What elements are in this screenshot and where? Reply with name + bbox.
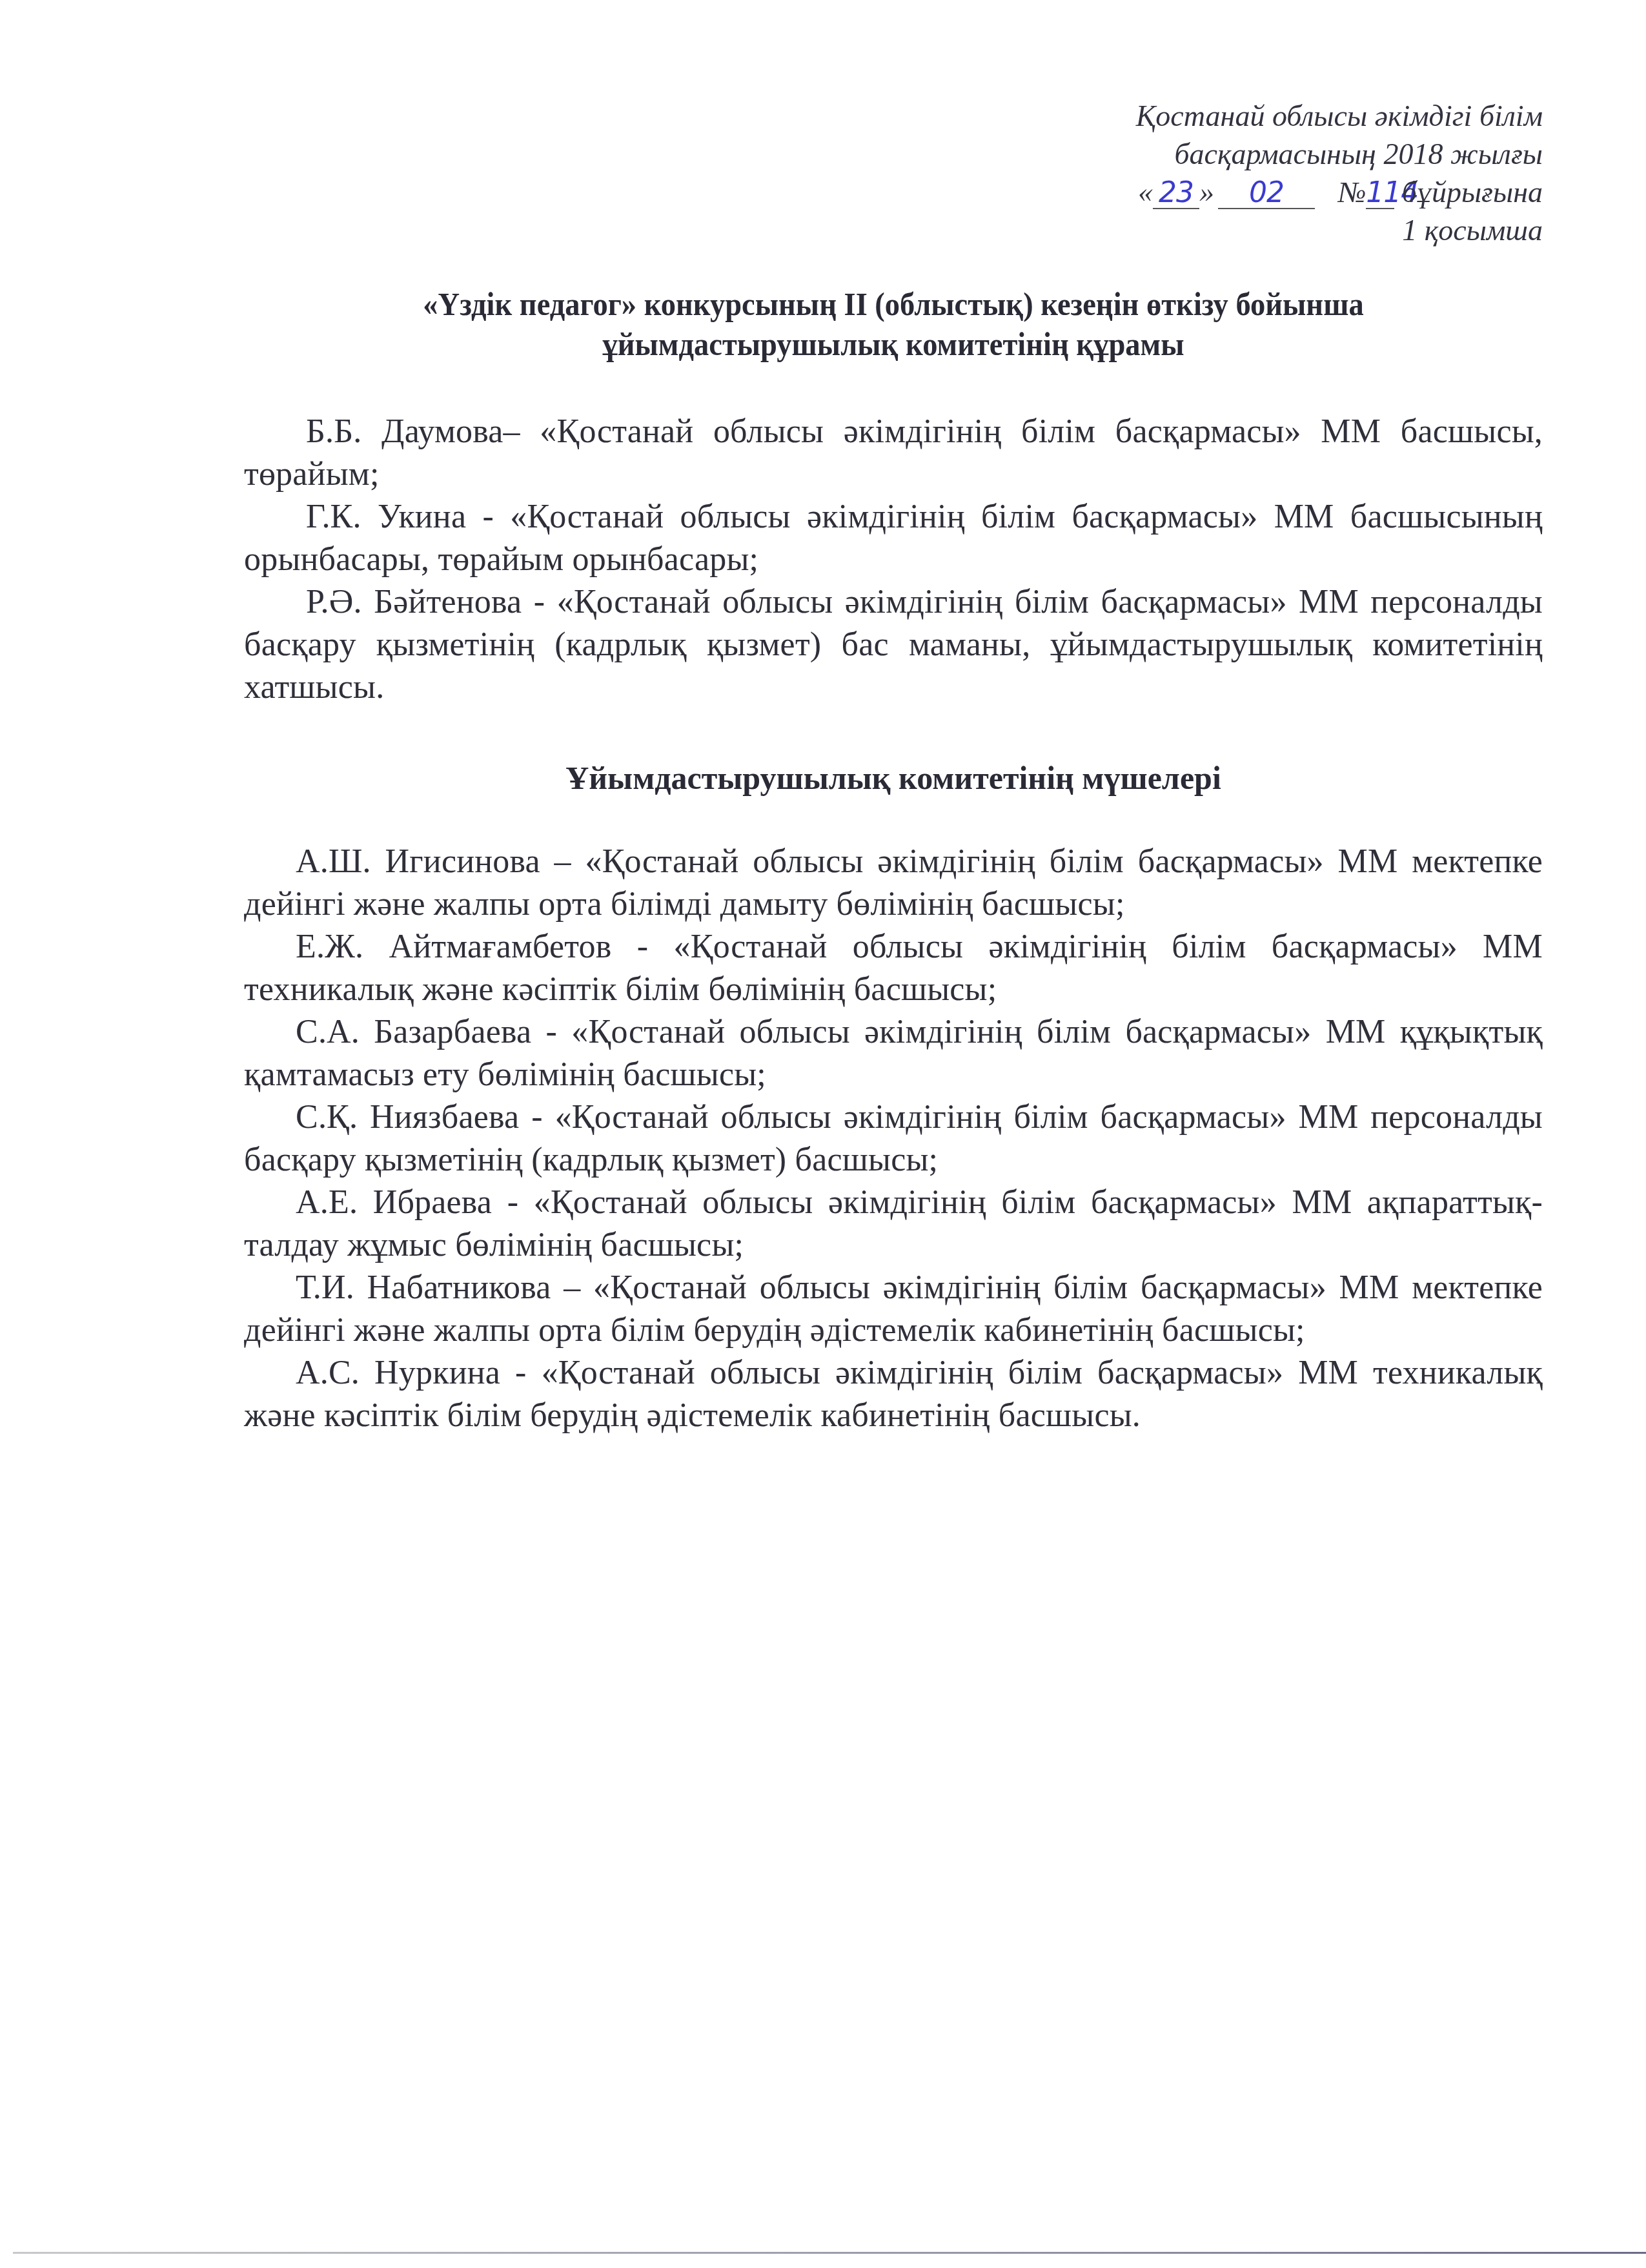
title-line-2: ұйымдастырушылық комитетінің құрамы [603, 326, 1184, 362]
document-page: Қостанай облысы әкімдігі білім басқармас… [0, 0, 1646, 2268]
document-body: «Үздік педагог» конкурсының II (облыстық… [244, 284, 1543, 1437]
order-day-handwritten: 23 [1159, 176, 1194, 209]
quote-close: » [1199, 176, 1214, 209]
leadership-list: Б.Б. Даумова– «Қостанай облысы әкімдігін… [244, 411, 1543, 709]
quote-open: « [1138, 176, 1153, 209]
member-item: А.Ш. Игисинова – «Қостанай облысы әкімді… [244, 841, 1543, 926]
order-number-field: 114 [1366, 178, 1394, 209]
member-item: С.А. Базарбаева - «Қостанай облысы әкімд… [244, 1011, 1543, 1096]
order-month-field: 02 [1218, 178, 1315, 209]
annex-line-2: басқармасының 2018 жылғы [1136, 135, 1543, 173]
member-item: С.Қ. Ниязбаева - «Қостанай облысы әкімді… [244, 1096, 1543, 1181]
leadership-item-chair: Б.Б. Даумова– «Қостанай облысы әкімдігін… [244, 411, 1543, 496]
member-item: А.С. Нуркина - «Қостанай облысы әкімдігі… [244, 1352, 1543, 1437]
order-word: бұйрығына [1402, 176, 1543, 209]
annex-line-4: 1 қосымша [1136, 211, 1543, 249]
member-item: А.Е. Ибраева - «Қостанай облысы әкімдігі… [244, 1181, 1543, 1267]
annex-order-line: «23»02№114 бұйрығына [1136, 173, 1543, 211]
order-day-field: 23 [1153, 178, 1199, 209]
title-line-1: «Үздік педагог» конкурсының II (облыстық… [423, 286, 1363, 322]
scan-edge-line [13, 2252, 1646, 2254]
document-title: «Үздік педагог» конкурсының II (облыстық… [289, 284, 1497, 364]
members-list: А.Ш. Игисинова – «Қостанай облысы әкімді… [244, 841, 1543, 1437]
member-item: Е.Ж. Айтмағамбетов - «Қостанай облысы әк… [244, 926, 1543, 1011]
leadership-item-secretary: Р.Ә. Бәйтенова - «Қостанай облысы әкімді… [244, 581, 1543, 709]
members-heading: Ұйымдастырушылық комитетінің мүшелері [244, 758, 1543, 798]
leadership-item-deputy-chair: Г.К. Укина - «Қостанай облысы әкімдігіні… [244, 496, 1543, 581]
annex-header: Қостанай облысы әкімдігі білім басқармас… [1136, 97, 1543, 249]
member-item: Т.И. Набатникова – «Қостанай облысы әкім… [244, 1267, 1543, 1352]
number-sign: № [1338, 176, 1366, 209]
order-month-handwritten: 02 [1249, 176, 1284, 209]
annex-line-1: Қостанай облысы әкімдігі білім [1136, 97, 1543, 135]
